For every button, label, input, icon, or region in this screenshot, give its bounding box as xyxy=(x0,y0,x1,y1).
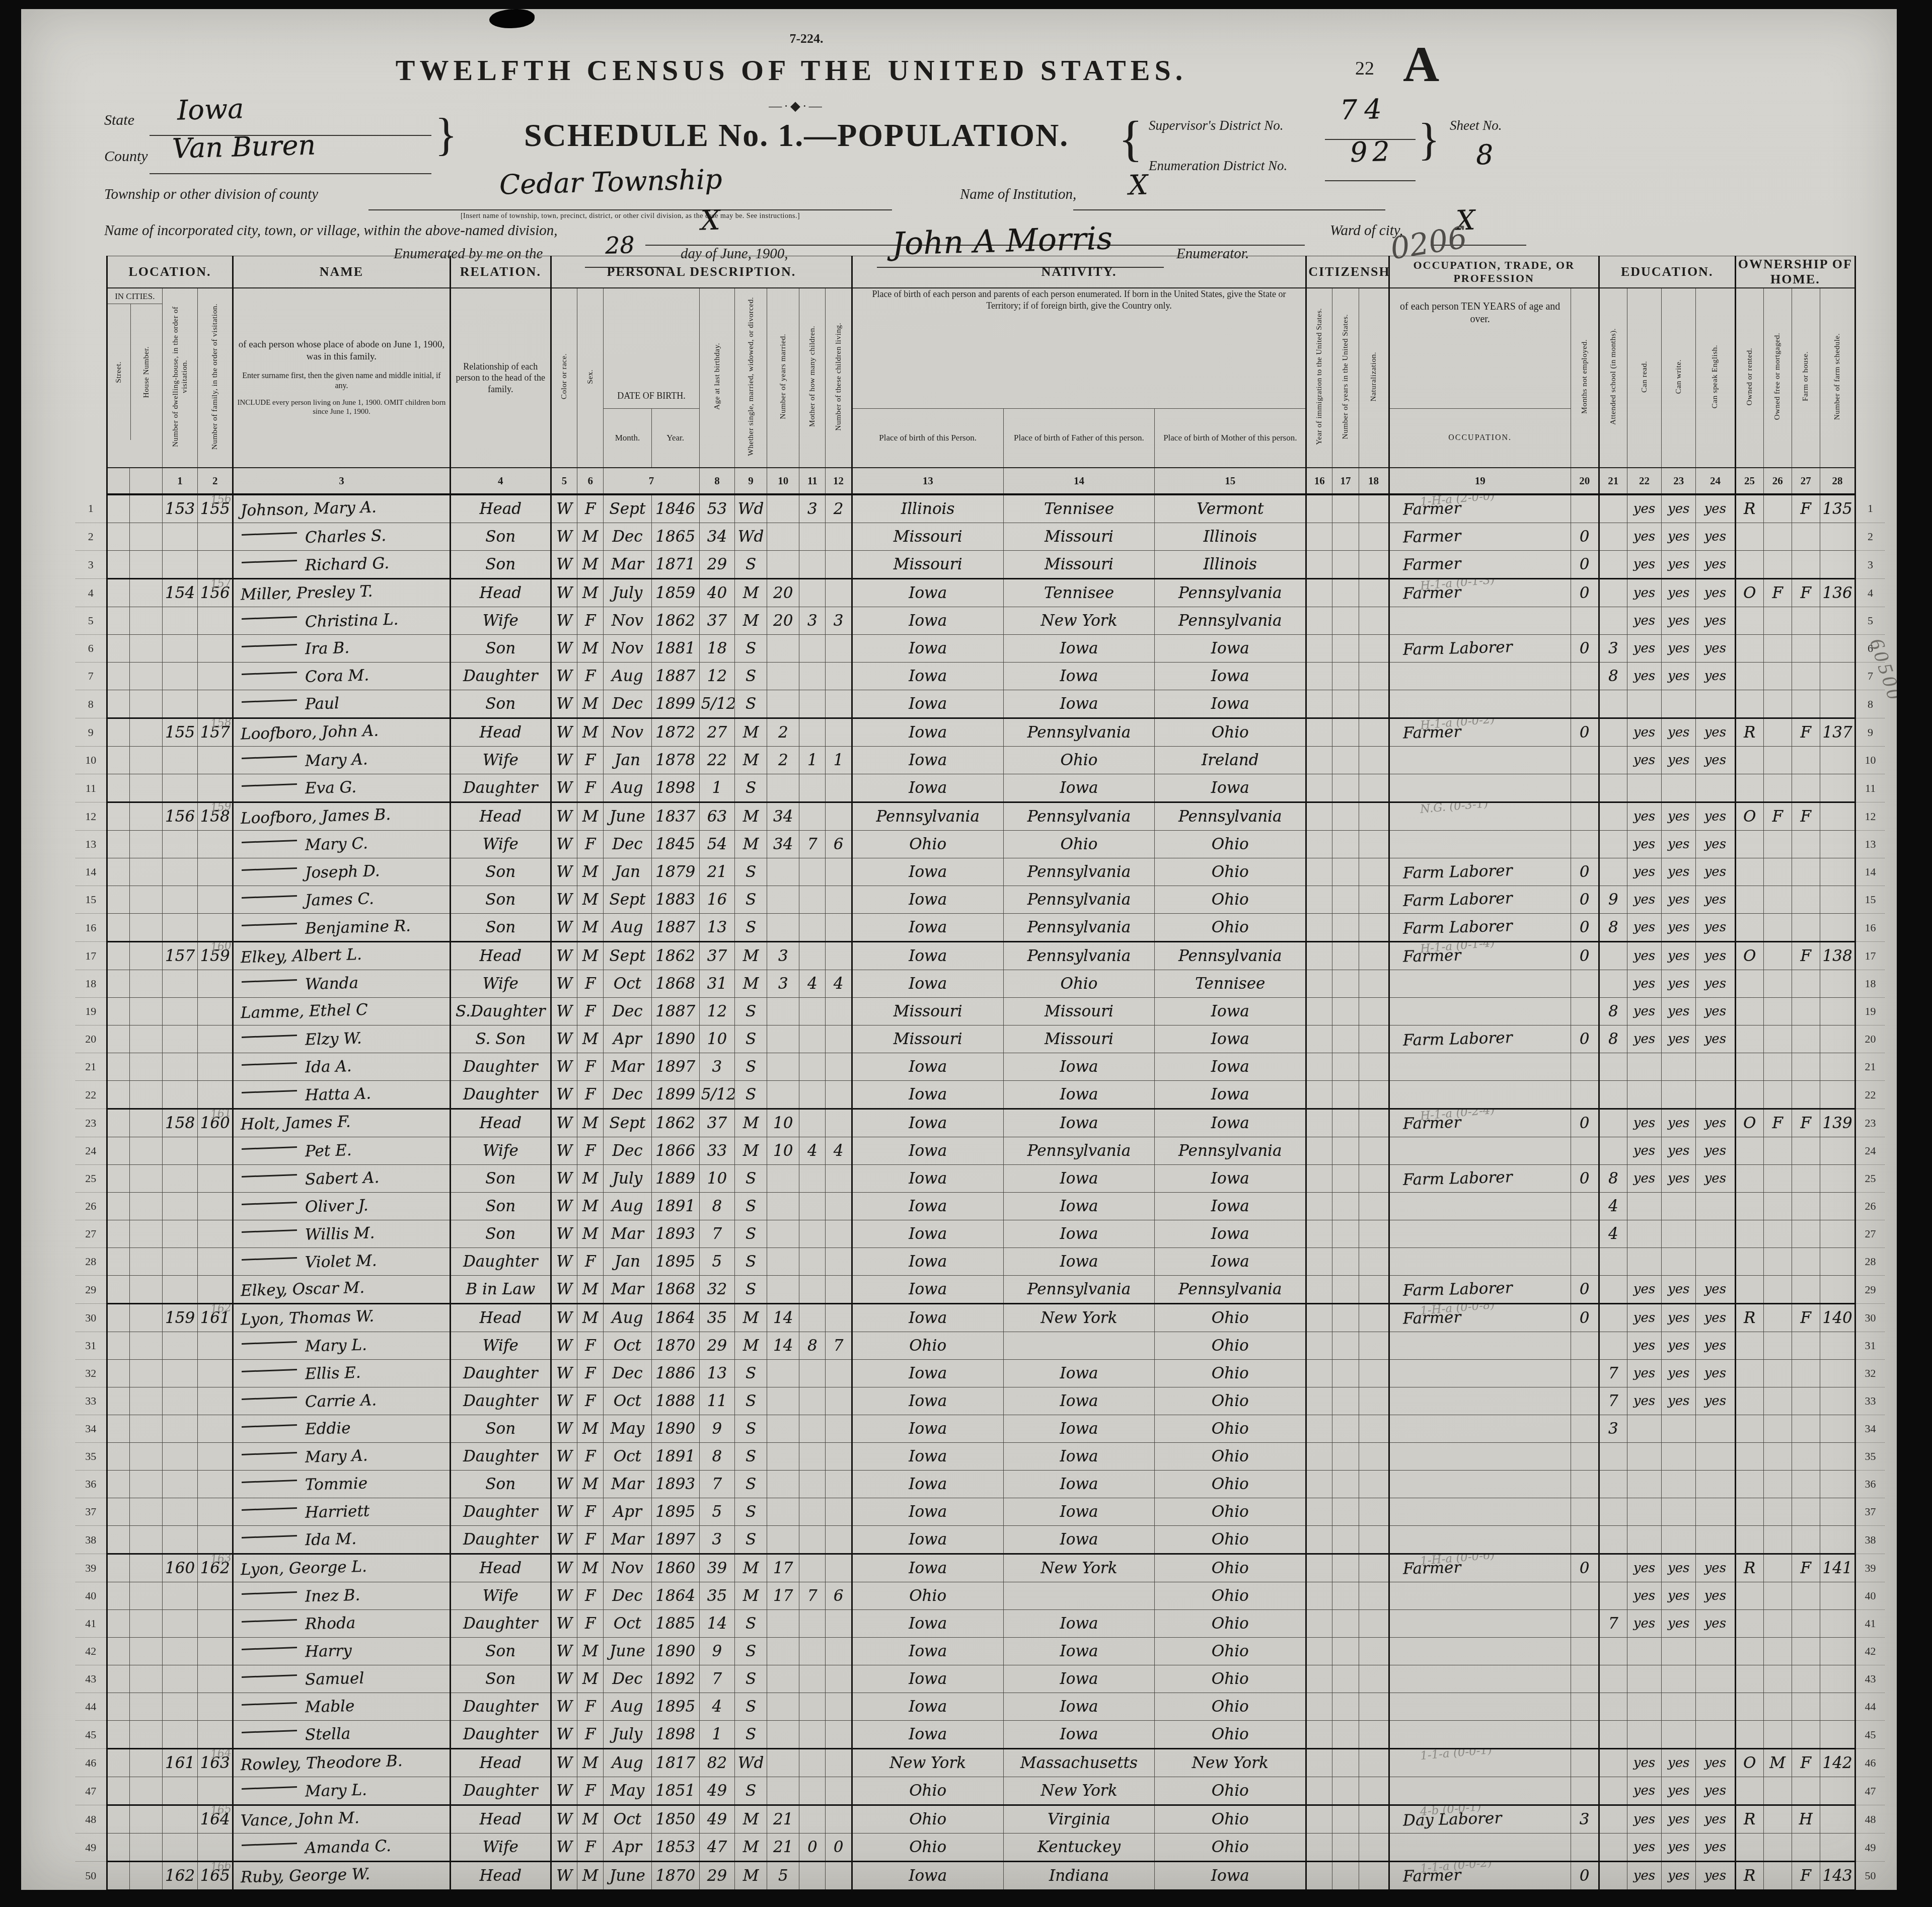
cell-free-mortgaged xyxy=(1763,1025,1792,1053)
cell-farm-schedule xyxy=(1820,1471,1855,1498)
cell-free-mortgaged xyxy=(1763,1862,1792,1890)
cell-immigration-year xyxy=(1306,579,1332,607)
cell-children-living xyxy=(826,998,852,1025)
cell-speak-english: yes xyxy=(1696,1610,1735,1638)
cell-house-number xyxy=(129,523,162,551)
cell-can-write: yes xyxy=(1662,1360,1696,1387)
cell-birth-month: Aug xyxy=(604,1693,651,1721)
cell-family-number xyxy=(198,1165,233,1193)
cell-color: W xyxy=(551,1554,577,1582)
cell-free-mortgaged xyxy=(1763,942,1792,970)
cell-owned-rented: O xyxy=(1735,942,1763,970)
col-header-months-unemployed: Months not employed. xyxy=(1571,288,1599,468)
cell-can-read: yes xyxy=(1627,1582,1661,1610)
cell-occupation xyxy=(1389,970,1571,998)
table-row: 28 Violet M. Daughter W F Jan 1895 5 S I… xyxy=(76,1248,1885,1276)
cell-family-number xyxy=(198,1498,233,1526)
cell-marital-status: S xyxy=(735,1415,767,1443)
cell-mother-of xyxy=(799,1693,826,1721)
row-number-right: 34 xyxy=(1855,1415,1885,1443)
cell-owned-rented xyxy=(1735,635,1763,663)
cell-farm-house: F xyxy=(1792,494,1820,523)
cell-attended-school: 8 xyxy=(1599,998,1627,1025)
cell-dwelling-number xyxy=(162,1777,197,1805)
table-row: 44 Mable Daughter W F Aug 1895 4 S Iowa … xyxy=(76,1693,1885,1721)
cell-relation: Son xyxy=(450,1165,551,1193)
cell-owned-rented xyxy=(1735,1693,1763,1721)
cell-years-in-us xyxy=(1332,774,1359,802)
row-number-left: 7 xyxy=(76,663,107,690)
cell-free-mortgaged xyxy=(1763,1554,1792,1582)
cell-relation: Daughter xyxy=(450,1443,551,1471)
cell-color: W xyxy=(551,1638,577,1665)
cell-birthplace: Iowa xyxy=(852,1053,1003,1081)
cell-name: Joseph D. xyxy=(233,858,450,886)
row-number-right: 25 xyxy=(1855,1165,1885,1193)
cell-relation: S.Daughter xyxy=(450,998,551,1025)
row-number-left: 34 xyxy=(76,1415,107,1443)
cell-dwelling-number xyxy=(162,1025,197,1053)
cell-birth-year: 1890 xyxy=(651,1638,699,1665)
cell-mother-birthplace: Pennsylvania xyxy=(1155,607,1306,635)
cell-name: Ida A. xyxy=(233,1053,450,1081)
cell-age: 37 xyxy=(699,942,734,970)
cell-sex: F xyxy=(577,1137,604,1165)
township-value: Cedar Township xyxy=(499,163,722,201)
cell-sex: M xyxy=(577,1220,604,1248)
cell-birth-year: 1865 xyxy=(651,523,699,551)
cell-sex: F xyxy=(577,1777,604,1805)
cell-months-unemployed xyxy=(1571,1833,1599,1862)
cell-immigration-year xyxy=(1306,1025,1332,1053)
cell-free-mortgaged xyxy=(1763,886,1792,914)
cell-birthplace: Iowa xyxy=(852,1276,1003,1304)
row-number-left: 45 xyxy=(76,1721,107,1749)
table-row: 14 Joseph D. Son W M Jan 1879 21 S Iowa … xyxy=(76,858,1885,886)
col-header-pob-person: Place of birth of this Person. xyxy=(852,409,1003,468)
table-row: 35 Mary A. Daughter W F Oct 1891 8 S Iow… xyxy=(76,1443,1885,1471)
cell-immigration-year xyxy=(1306,1304,1332,1332)
cell-years-in-us xyxy=(1332,1471,1359,1498)
cell-attended-school: 8 xyxy=(1599,1165,1627,1193)
cell-farm-house: F xyxy=(1792,802,1820,831)
cell-color: W xyxy=(551,1693,577,1721)
cell-sex: M xyxy=(577,1805,604,1833)
cell-months-unemployed: 0 xyxy=(1571,858,1599,886)
cell-can-read: yes xyxy=(1627,1304,1661,1332)
cell-owned-rented xyxy=(1735,1443,1763,1471)
cell-occupation: 1-1-a (0-0-2)Farmer xyxy=(1389,1862,1571,1890)
cell-farm-schedule xyxy=(1820,663,1855,690)
cell-immigration-year xyxy=(1306,998,1332,1025)
row-number-left: 32 xyxy=(76,1360,107,1387)
cell-birthplace: Iowa xyxy=(852,1304,1003,1332)
cell-farm-schedule xyxy=(1820,1498,1855,1526)
cell-naturalization xyxy=(1359,1498,1389,1526)
cell-color: W xyxy=(551,1665,577,1693)
cell-months-unemployed xyxy=(1571,1137,1599,1165)
row-number-right: 29 xyxy=(1855,1276,1885,1304)
cell-father-birthplace xyxy=(1003,1582,1155,1610)
cell-can-write: yes xyxy=(1662,858,1696,886)
cell-farm-house xyxy=(1792,607,1820,635)
cell-marital-status: M xyxy=(735,970,767,998)
row-number-left: 47 xyxy=(76,1777,107,1805)
cell-birth-year: 1871 xyxy=(651,551,699,579)
cell-farm-house xyxy=(1792,1276,1820,1304)
cell-marital-status: S xyxy=(735,1471,767,1498)
cell-mother-birthplace: Ohio xyxy=(1155,1610,1306,1638)
cell-occupation xyxy=(1389,774,1571,802)
cell-father-birthplace: Iowa xyxy=(1003,1610,1155,1638)
cell-street xyxy=(107,1443,129,1471)
cell-mother-birthplace: Ohio xyxy=(1155,1693,1306,1721)
institution-label: Name of Institution, xyxy=(960,186,1076,203)
row-number-right: 13 xyxy=(1855,831,1885,858)
cell-father-birthplace: Iowa xyxy=(1003,1443,1155,1471)
cell-years-married xyxy=(767,1165,799,1193)
cell-occupation xyxy=(1389,607,1571,635)
cell-birth-year: 1870 xyxy=(651,1862,699,1890)
cell-children-living xyxy=(826,886,852,914)
supervisor-value: 74 xyxy=(1340,93,1389,126)
cell-free-mortgaged xyxy=(1763,1610,1792,1638)
cell-speak-english: yes xyxy=(1696,1862,1735,1890)
cell-birth-month: Aug xyxy=(604,1304,651,1332)
cell-relation: Son xyxy=(450,1665,551,1693)
cell-immigration-year xyxy=(1306,1248,1332,1276)
cell-attended-school xyxy=(1599,1109,1627,1137)
cell-naturalization xyxy=(1359,1109,1389,1137)
cell-immigration-year xyxy=(1306,747,1332,774)
cell-can-write xyxy=(1662,1443,1696,1471)
cell-children-living: 7 xyxy=(826,1332,852,1360)
cell-children-living xyxy=(826,1526,852,1554)
cell-family-number: 159158 xyxy=(198,802,233,831)
cell-attended-school: 7 xyxy=(1599,1387,1627,1415)
cell-farm-schedule xyxy=(1820,1081,1855,1109)
cell-family-number: 164163 xyxy=(198,1749,233,1777)
ditto-mark xyxy=(242,1591,297,1595)
cell-children-living xyxy=(826,1025,852,1053)
cell-house-number xyxy=(129,1220,162,1248)
col-header-family-number: Number of family, in the order of visita… xyxy=(198,288,233,468)
cell-owned-rented xyxy=(1735,1025,1763,1053)
cell-mother-of: 3 xyxy=(799,607,826,635)
cell-mother-birthplace: Ohio xyxy=(1155,886,1306,914)
cell-birthplace: Iowa xyxy=(852,607,1003,635)
cell-attended-school xyxy=(1599,831,1627,858)
cell-owned-rented xyxy=(1735,747,1763,774)
row-number-left: 14 xyxy=(76,858,107,886)
cell-children-living xyxy=(826,1276,852,1304)
cell-house-number xyxy=(129,494,162,523)
cell-mother-of xyxy=(799,998,826,1025)
col-header-in-cities: IN CITIES. Street. House Number. xyxy=(107,288,162,468)
cell-months-unemployed xyxy=(1571,1777,1599,1805)
cell-color: W xyxy=(551,831,577,858)
cell-birth-year: 1872 xyxy=(651,718,699,747)
cell-can-read: yes xyxy=(1627,747,1661,774)
cell-farm-schedule xyxy=(1820,1638,1855,1665)
cell-relation: Son xyxy=(450,635,551,663)
cell-birthplace: Iowa xyxy=(852,1248,1003,1276)
cell-age: 29 xyxy=(699,1862,734,1890)
cell-birth-month: Dec xyxy=(604,1081,651,1109)
row-number-left: 44 xyxy=(76,1693,107,1721)
cell-birth-year: 1837 xyxy=(651,802,699,831)
row-number-left: 12 xyxy=(76,802,107,831)
cell-birth-year: 1883 xyxy=(651,886,699,914)
cell-farm-schedule xyxy=(1820,831,1855,858)
cell-color: W xyxy=(551,1471,577,1498)
table-row: 4 154 157156 Miller, Presley T. Head W M… xyxy=(76,579,1885,607)
cell-age: 82 xyxy=(699,1749,734,1777)
cell-owned-rented xyxy=(1735,1360,1763,1387)
cell-family-number xyxy=(198,690,233,718)
cell-mother-of xyxy=(799,1777,826,1805)
row-number-right: 48 xyxy=(1855,1805,1885,1833)
table-row: 34 Eddie Son W M May 1890 9 S Iowa Iowa … xyxy=(76,1415,1885,1443)
cell-months-unemployed xyxy=(1571,690,1599,718)
cell-name: Harriett xyxy=(233,1498,450,1526)
cell-mother-of xyxy=(799,1665,826,1693)
cell-years-married xyxy=(767,774,799,802)
cell-name: Hatta A. xyxy=(233,1081,450,1109)
row-number-left: 11 xyxy=(76,774,107,802)
cell-can-write xyxy=(1662,1220,1696,1248)
cell-farm-schedule xyxy=(1820,607,1855,635)
col-header-farm-schedule: Number of farm schedule. xyxy=(1820,288,1855,468)
cell-relation: Son xyxy=(450,1193,551,1220)
cell-children-living xyxy=(826,1554,852,1582)
cell-attended-school: 3 xyxy=(1599,635,1627,663)
cell-attended-school xyxy=(1599,1332,1627,1360)
cell-naturalization xyxy=(1359,1248,1389,1276)
cell-can-write xyxy=(1662,1193,1696,1220)
cell-house-number xyxy=(129,970,162,998)
cell-mother-birthplace: Iowa xyxy=(1155,1220,1306,1248)
cell-color: W xyxy=(551,1304,577,1332)
cell-family-number xyxy=(198,1387,233,1415)
cell-mother-of xyxy=(799,774,826,802)
cell-birth-year: 1860 xyxy=(651,1554,699,1582)
cell-relation: Head xyxy=(450,1749,551,1777)
cell-sex: M xyxy=(577,1025,604,1053)
cell-birthplace: Iowa xyxy=(852,1554,1003,1582)
table-row: 40 Inez B. Wife W F Dec 1864 35 M 17 7 6… xyxy=(76,1582,1885,1610)
row-number-right: 20 xyxy=(1855,1025,1885,1053)
table-row: 11 Eva G. Daughter W F Aug 1898 1 S Iowa… xyxy=(76,774,1885,802)
cell-age: 1 xyxy=(699,1721,734,1749)
cell-family-number xyxy=(198,1443,233,1471)
row-number-right: 3 xyxy=(1855,551,1885,579)
cell-mother-of: 1 xyxy=(799,747,826,774)
table-row: 47 Mary L. Daughter W F May 1851 49 S Oh… xyxy=(76,1777,1885,1805)
cell-birth-month: Dec xyxy=(604,690,651,718)
cell-dwelling-number xyxy=(162,690,197,718)
cell-can-read xyxy=(1627,690,1661,718)
cell-immigration-year xyxy=(1306,1220,1332,1248)
cell-owned-rented: O xyxy=(1735,579,1763,607)
cell-occupation xyxy=(1389,1415,1571,1443)
cell-children-living: 1 xyxy=(826,747,852,774)
cell-marital-status: M xyxy=(735,942,767,970)
cell-can-write xyxy=(1662,1693,1696,1721)
ditto-mark xyxy=(242,1535,297,1538)
cell-name: Loofboro, John A. xyxy=(233,718,450,747)
cell-farm-schedule xyxy=(1820,970,1855,998)
cell-immigration-year xyxy=(1306,494,1332,523)
cell-street xyxy=(107,1276,129,1304)
cell-mother-of: 4 xyxy=(799,1137,826,1165)
cell-mother-birthplace: New York xyxy=(1155,1749,1306,1777)
cell-father-birthplace: Iowa xyxy=(1003,663,1155,690)
cell-color: W xyxy=(551,690,577,718)
cell-marital-status: S xyxy=(735,1638,767,1665)
cell-birth-year: 1888 xyxy=(651,1387,699,1415)
cell-free-mortgaged xyxy=(1763,1193,1792,1220)
cell-mother-birthplace: Pennsylvania xyxy=(1155,942,1306,970)
cell-birth-month: Sept xyxy=(604,1109,651,1137)
cell-occupation xyxy=(1389,1248,1571,1276)
cell-sex: F xyxy=(577,747,604,774)
cell-marital-status: S xyxy=(735,690,767,718)
cell-speak-english: yes xyxy=(1696,551,1735,579)
cell-naturalization xyxy=(1359,1025,1389,1053)
cell-relation: Head xyxy=(450,494,551,523)
cell-months-unemployed xyxy=(1571,1360,1599,1387)
cell-farm-schedule: 139 xyxy=(1820,1109,1855,1137)
cell-birthplace: Iowa xyxy=(852,1610,1003,1638)
cell-farm-schedule xyxy=(1820,1387,1855,1415)
cell-naturalization xyxy=(1359,914,1389,942)
cell-family-number xyxy=(198,1276,233,1304)
row-number-left: 37 xyxy=(76,1498,107,1526)
cell-father-birthplace: Pennsylvania xyxy=(1003,718,1155,747)
cell-occupation xyxy=(1389,1638,1571,1665)
cell-farm-house xyxy=(1792,1721,1820,1749)
cell-years-in-us xyxy=(1332,1025,1359,1053)
cell-years-in-us xyxy=(1332,1109,1359,1137)
cell-can-write: yes xyxy=(1662,970,1696,998)
cell-house-number xyxy=(129,1387,162,1415)
cell-years-in-us xyxy=(1332,607,1359,635)
cell-owned-rented xyxy=(1735,663,1763,690)
cell-naturalization xyxy=(1359,663,1389,690)
cell-relation: Wife xyxy=(450,747,551,774)
cell-house-number xyxy=(129,1471,162,1498)
cell-free-mortgaged xyxy=(1763,747,1792,774)
cell-naturalization xyxy=(1359,1833,1389,1862)
cell-can-read xyxy=(1627,1526,1661,1554)
cell-age: 40 xyxy=(699,579,734,607)
cell-attended-school xyxy=(1599,1749,1627,1777)
cell-age: 49 xyxy=(699,1805,734,1833)
cell-immigration-year xyxy=(1306,802,1332,831)
cell-farm-schedule xyxy=(1820,1833,1855,1862)
row-number-left: 16 xyxy=(76,914,107,942)
cell-attended-school xyxy=(1599,494,1627,523)
cell-can-read: yes xyxy=(1627,523,1661,551)
cell-name: Miller, Presley T. xyxy=(233,579,450,607)
row-number-right: 39 xyxy=(1855,1554,1885,1582)
cell-birth-year: 1853 xyxy=(651,1833,699,1862)
cell-farm-schedule xyxy=(1820,1526,1855,1554)
cell-family-number xyxy=(198,635,233,663)
cell-family-number xyxy=(198,523,233,551)
cell-free-mortgaged: F xyxy=(1763,802,1792,831)
cell-free-mortgaged: F xyxy=(1763,1109,1792,1137)
group-location: LOCATION. xyxy=(107,256,233,288)
cell-speak-english: yes xyxy=(1696,942,1735,970)
cell-farm-house: F xyxy=(1792,1749,1820,1777)
cell-father-birthplace: Iowa xyxy=(1003,1360,1155,1387)
cell-family-number: 160159 xyxy=(198,942,233,970)
cell-sex: M xyxy=(577,802,604,831)
cell-attended-school xyxy=(1599,1721,1627,1749)
cell-mother-of xyxy=(799,1025,826,1053)
cell-months-unemployed: 0 xyxy=(1571,914,1599,942)
cell-attended-school: 7 xyxy=(1599,1610,1627,1638)
cell-family-number xyxy=(198,607,233,635)
cell-birth-year: 1864 xyxy=(651,1304,699,1332)
township-note: [Insert name of township, town, precinct… xyxy=(368,212,892,221)
cell-can-write: yes xyxy=(1662,1304,1696,1332)
cell-can-write: yes xyxy=(1662,1137,1696,1165)
row-number-right: 1 xyxy=(1855,494,1885,523)
cell-can-write: yes xyxy=(1662,1276,1696,1304)
cell-occupation: 1-1-a (0-0-1) xyxy=(1389,1749,1571,1777)
cell-dwelling-number xyxy=(162,1582,197,1610)
cell-street xyxy=(107,1777,129,1805)
cell-family-number xyxy=(198,1582,233,1610)
cell-color: W xyxy=(551,1193,577,1220)
cell-relation: Son xyxy=(450,1471,551,1498)
cell-street xyxy=(107,607,129,635)
cell-years-in-us xyxy=(1332,1415,1359,1443)
cell-dwelling-number xyxy=(162,1165,197,1193)
cell-attended-school: 8 xyxy=(1599,663,1627,690)
cell-can-write: yes xyxy=(1662,607,1696,635)
cell-birth-year: 1897 xyxy=(651,1526,699,1554)
cell-mother-birthplace: Iowa xyxy=(1155,1193,1306,1220)
cell-birthplace: Iowa xyxy=(852,690,1003,718)
cell-owned-rented: R xyxy=(1735,1805,1763,1833)
cell-birthplace: Iowa xyxy=(852,1693,1003,1721)
cell-months-unemployed xyxy=(1571,494,1599,523)
row-number-right: 35 xyxy=(1855,1443,1885,1471)
cell-name: Christina L. xyxy=(233,607,450,635)
cell-months-unemployed xyxy=(1571,1387,1599,1415)
cell-marital-status: M xyxy=(735,718,767,747)
cell-street xyxy=(107,1805,129,1833)
cell-mother-birthplace: Iowa xyxy=(1155,1165,1306,1193)
paper: 60500 7-224. TWELFTH CENSUS OF THE UNITE… xyxy=(21,9,1897,1890)
group-occupation: OCCUPATION, TRADE, OR PROFESSION xyxy=(1389,256,1599,288)
cell-years-in-us xyxy=(1332,690,1359,718)
cell-speak-english: yes xyxy=(1696,1582,1735,1610)
cell-can-read: yes xyxy=(1627,635,1661,663)
cell-sex: F xyxy=(577,1498,604,1526)
cell-mother-birthplace: Ohio xyxy=(1155,1332,1306,1360)
cell-farm-schedule xyxy=(1820,1332,1855,1360)
cell-years-in-us xyxy=(1332,635,1359,663)
cell-months-unemployed: 0 xyxy=(1571,1165,1599,1193)
cell-birth-year: 1899 xyxy=(651,690,699,718)
cell-children-living xyxy=(826,579,852,607)
cell-can-read xyxy=(1627,1693,1661,1721)
